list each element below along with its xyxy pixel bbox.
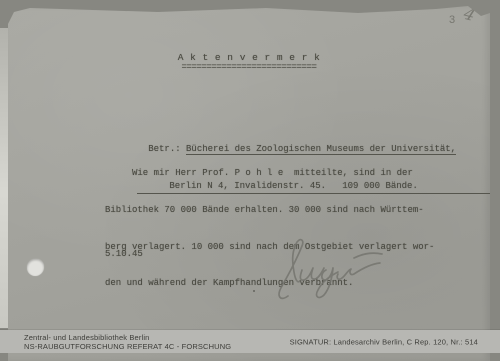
signature-handwriting (258, 234, 388, 306)
archive-signature: SIGNATUR: Landesarchiv Berlin, C Rep. 12… (290, 337, 478, 346)
ink-speck (253, 290, 255, 292)
pencil-page-mark: 4 (460, 4, 478, 25)
title-underline: =========================== (8, 63, 490, 72)
library-attribution: Zentral- und Landesbibliothek Berlin NS-… (24, 334, 231, 351)
archive-attribution-bar: Zentral- und Landesbibliothek Berlin NS-… (0, 330, 500, 353)
punch-hole (27, 259, 44, 276)
memo-date: 5.10.45 (105, 249, 143, 259)
research-department: NS-RAUBGUTFORSCHUNG REFERAT 4C - FORSCHU… (24, 343, 231, 352)
memo-page: 3 4 A k t e n v e r m e r k ============… (8, 6, 490, 361)
body-line: Wie mir Herr Prof. P o h l e mitteilte, … (105, 167, 434, 179)
page-number-stamp: 3 (449, 14, 455, 26)
scanned-document: 3 4 A k t e n v e r m e r k ============… (0, 0, 500, 361)
body-line: Bibliothek 70 000 Bände erhalten. 30 000… (105, 204, 434, 216)
